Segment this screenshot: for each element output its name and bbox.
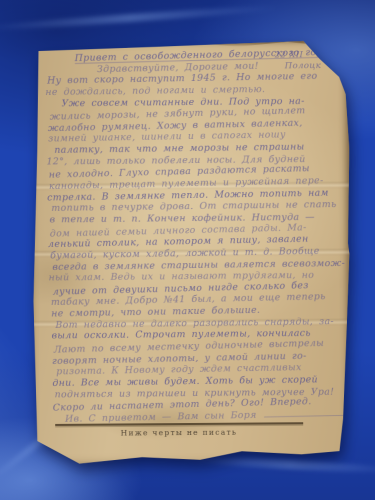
paper-sheet: 22 XII Полоцк Привет с освобожденного бе… xyxy=(27,37,352,469)
signature-flourish xyxy=(264,414,360,417)
fabric-wrinkle xyxy=(0,4,280,33)
letter-paper: 22 XII Полоцк Привет с освобожденного бе… xyxy=(27,37,352,469)
handwriting-block: Привет с освобожденного белорусского гор… xyxy=(45,47,341,425)
printed-rule xyxy=(55,422,303,426)
printed-footer-text: Ниже черты не писать xyxy=(55,427,303,438)
photo-background: 22 XII Полоцк Привет с освобожденного бе… xyxy=(0,0,375,500)
